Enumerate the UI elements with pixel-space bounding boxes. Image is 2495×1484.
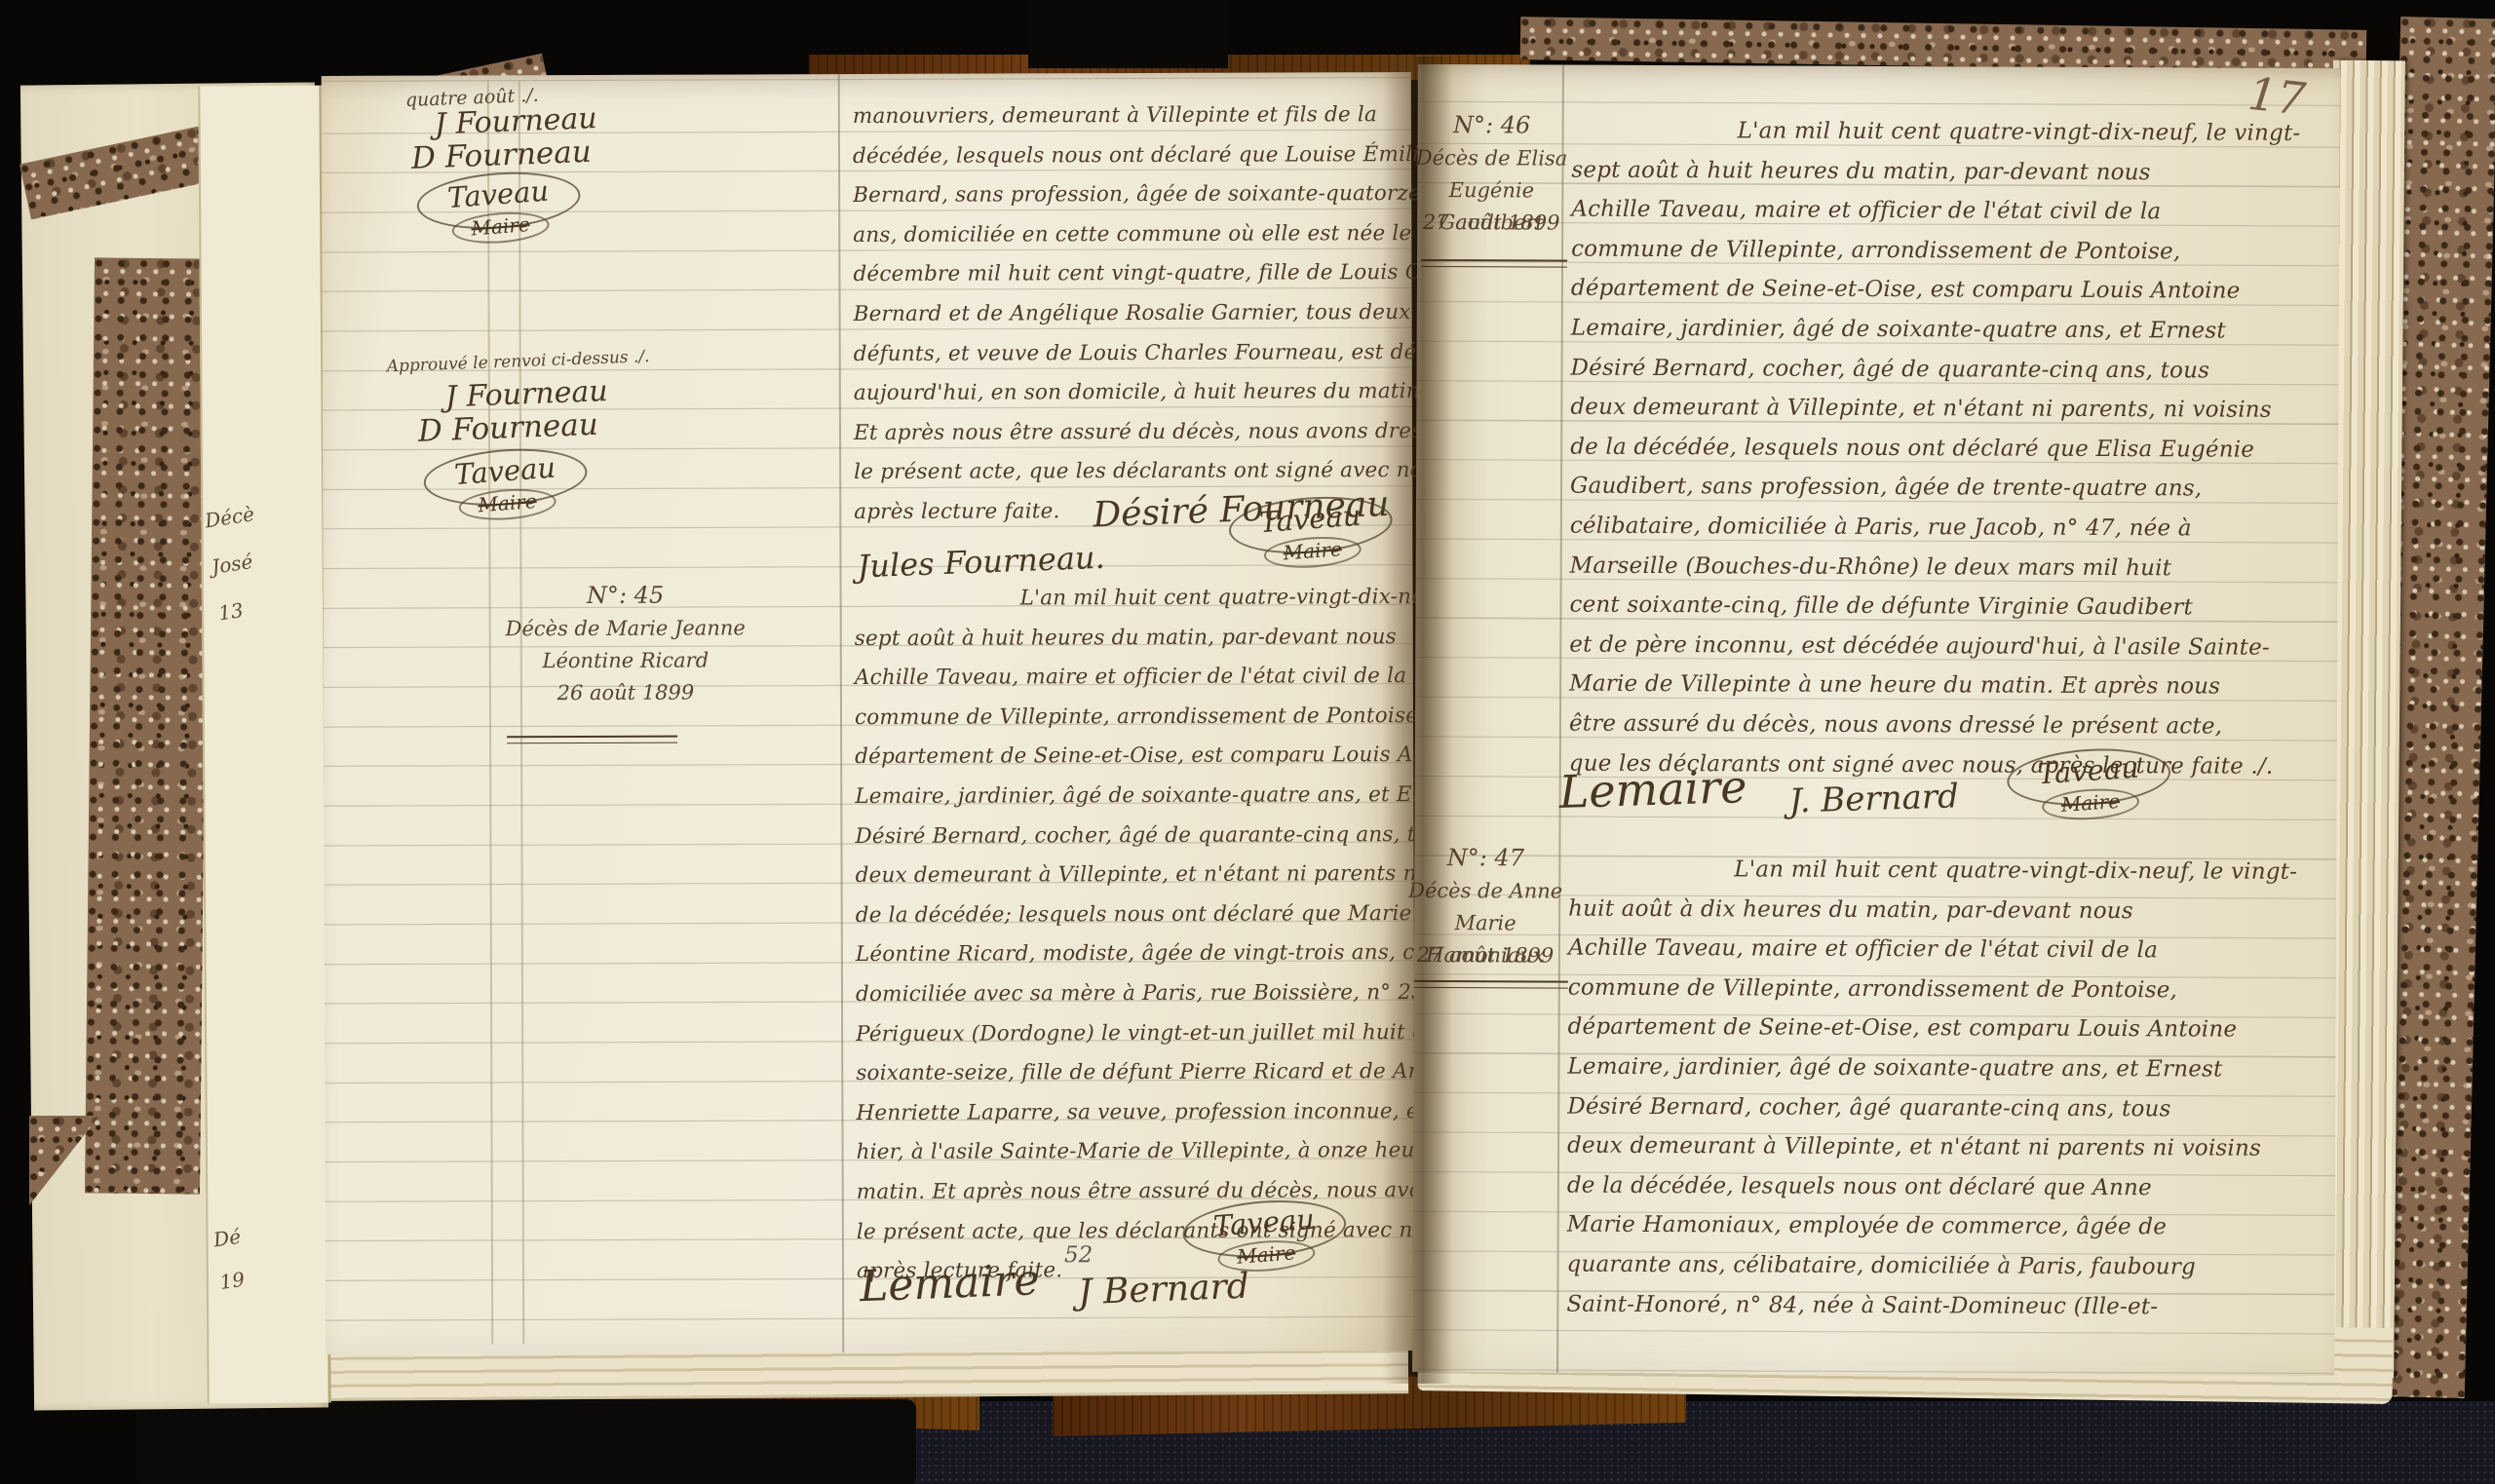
act-line: et de père inconnu, est décédée aujourd'… [1569, 625, 2298, 667]
act-line: deux demeurant à Villepinte, et n'étant … [1570, 388, 2299, 431]
sliver-note-lower: Dé19 [211, 1225, 250, 1313]
sliver-note-upper: DécèJosé13 [204, 502, 273, 648]
act-line: de la décédée, lesquels nous ont déclaré… [1567, 1165, 2296, 1208]
book-clamp-shadow [1028, 0, 1228, 68]
act-line: Lemaire, jardinier, âgé de soixante-quat… [1567, 1047, 2296, 1090]
act-line: Désiré Bernard, cocher, âgé quarante-cin… [1567, 1086, 2296, 1129]
act-line: de la décédée, lesquels nous ont déclaré… [1570, 427, 2299, 470]
act-line: quarante ans, célibataire, domiciliée à … [1566, 1245, 2295, 1288]
taveau-maire-signature: Taveau Maire [1227, 491, 1396, 573]
marbled-cover-left-band [85, 257, 210, 1194]
act-line: Marie de Villepinte à une heure du matin… [1569, 665, 2298, 707]
act-line: département de Seine-et-Oise, est compar… [1571, 269, 2300, 312]
taveau-maire-signature: Taveau Maire [2006, 744, 2173, 825]
act-line: Achille Taveau, maire et officier de l'é… [1568, 929, 2297, 971]
act-line: Désiré Bernard, cocher, âgé de quarante-… [1570, 348, 2299, 391]
act-number: N°: 45 [431, 581, 821, 609]
act-46-text: L'an mil huit cent quatre-vingt-dix-neuf… [1569, 111, 2301, 786]
sliver-note-line: 13 [217, 594, 273, 648]
signature-bernard: J. Bernard [1788, 777, 1959, 820]
act-line: département de Seine-et-Oise, est compar… [1568, 1008, 2297, 1050]
taveau-maire-signature: Taveau Maire [1180, 1196, 1349, 1277]
act-line: Achille Taveau, maire et officier de l'é… [1571, 190, 2300, 233]
act-line: être assuré du décès, nous avons dressé … [1569, 704, 2298, 747]
pencil-folio-number: 52 [1064, 1242, 1093, 1268]
sliver-note-line: José [211, 549, 266, 602]
right-page: 17 N°: 46 Décès de ElisaEugénie Gaudiber… [1412, 64, 2340, 1376]
margin-line: Léontine Ricard [431, 644, 821, 677]
left-page: quatre août ./. J Fourneau D Fourneau Ta… [322, 72, 1416, 1354]
margin-line: Décès de Marie Jeanne [431, 612, 821, 645]
taveau-maire-signature: Taveau Maire [415, 167, 584, 248]
act-line: Marseille (Bouches-du-Rhône) le deux mar… [1570, 546, 2299, 589]
act-line: L'an mil huit cent quatre-vingt-dix-neuf… [1568, 850, 2297, 893]
act-line: deux demeurant à Villepinte, et n'étant … [1567, 1126, 2296, 1169]
act-line: sept août à huit heures du matin, par-de… [1571, 150, 2300, 193]
act-line: L'an mil huit cent quatre-vingt-dix-neuf… [1572, 111, 2301, 154]
act-line: commune de Villepinte, arrondissement de… [1571, 229, 2300, 272]
margin-line: 26 août 1899 [431, 676, 821, 709]
act-line: huit août à dix heures du matin, par-dev… [1568, 889, 2297, 932]
book-gutter-shadow [1382, 57, 1452, 1384]
act-line: Marie Hamoniaux, employée de commerce, â… [1567, 1205, 2296, 1248]
act-45-margin-heading: N°: 45 Décès de Marie JeanneLéontine Ric… [431, 581, 821, 709]
act-line: commune de Villepinte, arrondissement de… [1568, 968, 2297, 1010]
sliver-note-line: Décè [204, 502, 259, 555]
act-47-text: L'an mil huit cent quatre-vingt-dix-neuf… [1566, 850, 2297, 1327]
signature-lemaire: Lemaire [1558, 760, 1747, 818]
book-shadow [136, 1399, 916, 1484]
registry-book-photo: DécèJosé13 Dé19 quatre août ./. J Fourne… [0, 0, 2495, 1484]
signature-lemaire: Lemaire [859, 1255, 1040, 1312]
act-line: Saint-Honoré, n° 84, née à Saint-Domineu… [1566, 1284, 2295, 1327]
act-line: Gaudibert, sans profession, âgée de tren… [1570, 467, 2299, 510]
act-margin-lines: Décès de Marie JeanneLéontine Ricard26 a… [431, 612, 821, 709]
sliver-note-line: 19 [218, 1267, 251, 1313]
margin-divider-rule [507, 736, 677, 744]
signature-bernard: J Bernard [1077, 1267, 1249, 1313]
taveau-maire-signature: Taveau Maire [422, 443, 591, 525]
signature-d-fourneau: D Fourneau [417, 407, 598, 449]
act-line: célibataire, domiciliée à Paris, rue Jac… [1570, 507, 2299, 550]
sliver-note-line: Dé [211, 1225, 245, 1272]
act-line: Lemaire, jardinier, âgé de soixante-quat… [1571, 309, 2300, 352]
previous-page-sliver: DécèJosé13 Dé19 [198, 86, 330, 1404]
act-line: cent soixante-cinq, fille de défunte Vir… [1569, 586, 2298, 628]
